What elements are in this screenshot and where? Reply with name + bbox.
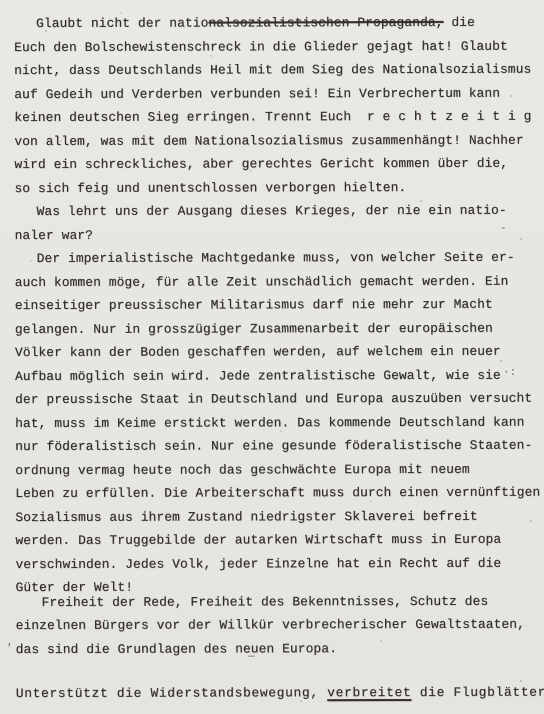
text-line: Leben zu erfüllen. Die Arbeiterschaft mu… bbox=[15, 481, 539, 506]
text-line: ordnung vermag heute noch das geschwächt… bbox=[15, 457, 539, 482]
text-line: nicht, dass Deutschlands Heil mit dem Si… bbox=[14, 58, 538, 83]
line-segment: die Flugblätter! bbox=[411, 685, 544, 700]
text-line: nur föderalistisch sein. Nur eine gesund… bbox=[15, 434, 539, 459]
text-line: Der imperialistische Machtgedanke muss, … bbox=[15, 246, 539, 271]
text-line: Völker kann der Boden geschaffen werden,… bbox=[15, 340, 539, 365]
text-line: Euch den Bolschewistenschreck in die Gli… bbox=[14, 34, 538, 59]
text-line: verschwinden. Jedes Volk, jeder Einzelne… bbox=[15, 551, 539, 576]
text-line: der preussische Staat in Deutschland und… bbox=[15, 387, 539, 412]
text-line: werden. Das Truggebilde der autarken Wir… bbox=[15, 528, 539, 553]
text-line: einzelnen Bürgers vor der Willkür verbre… bbox=[16, 613, 540, 638]
text-line: auch kommen möge, für alle Zeit unschädl… bbox=[15, 269, 539, 294]
text-line: Aufbau möglich sein wird. Jede zentralis… bbox=[15, 363, 539, 388]
text-line: Was lehrt uns der Ausgang dieses Krieges… bbox=[14, 199, 538, 224]
text-line: so sich feig und unentschlossen verborge… bbox=[14, 175, 538, 200]
struck-text: nalsozialistischen Propaganda, bbox=[208, 15, 443, 31]
text-line: keinen deutschen Sieg erringen. Trennt E… bbox=[14, 105, 538, 130]
text-line: Glaubt nicht der nationalsozialistischen… bbox=[14, 11, 538, 36]
footer-call-to-action: Unterstützt die Widerstandsbewegung, ver… bbox=[16, 681, 540, 706]
underlined-text: verbreitet bbox=[327, 685, 411, 700]
line-segment: Glaubt nicht der natio bbox=[36, 15, 208, 30]
paper-speckles bbox=[0, 0, 2, 2]
line-segment: Unterstützt die Widerstandsbewegung, bbox=[16, 685, 327, 701]
text-line: Sozialismus aus ihrem Zustand niedrigste… bbox=[15, 504, 539, 529]
text-line: auf Gedeih und Verderben verbunden sei! … bbox=[14, 81, 538, 106]
text-line: gelangen. Nur in grosszügiger Zusammenar… bbox=[15, 316, 539, 341]
text-line: das sind die Grundlagen des neuen Europa… bbox=[16, 636, 540, 661]
line-segment: die bbox=[443, 15, 474, 30]
scan-artifact: ' bbox=[6, 644, 13, 655]
text-line: einseitiger preussischer Militarismus da… bbox=[15, 293, 539, 318]
text-line: hat, muss im Keime erstickt werden. Das … bbox=[15, 410, 539, 435]
typewritten-page: Glaubt nicht der nationalsozialistischen… bbox=[0, 0, 544, 714]
text-line: naler war? bbox=[15, 222, 539, 247]
document-body: Glaubt nicht der nationalsozialistischen… bbox=[14, 11, 540, 706]
text-line: Freiheit der Rede, Freiheit des Bekenntn… bbox=[16, 589, 540, 614]
text-line: von allem, was mit dem Nationalsozialism… bbox=[14, 128, 538, 153]
text-line: wird ein schreckliches, aber gerechtes G… bbox=[14, 152, 538, 177]
